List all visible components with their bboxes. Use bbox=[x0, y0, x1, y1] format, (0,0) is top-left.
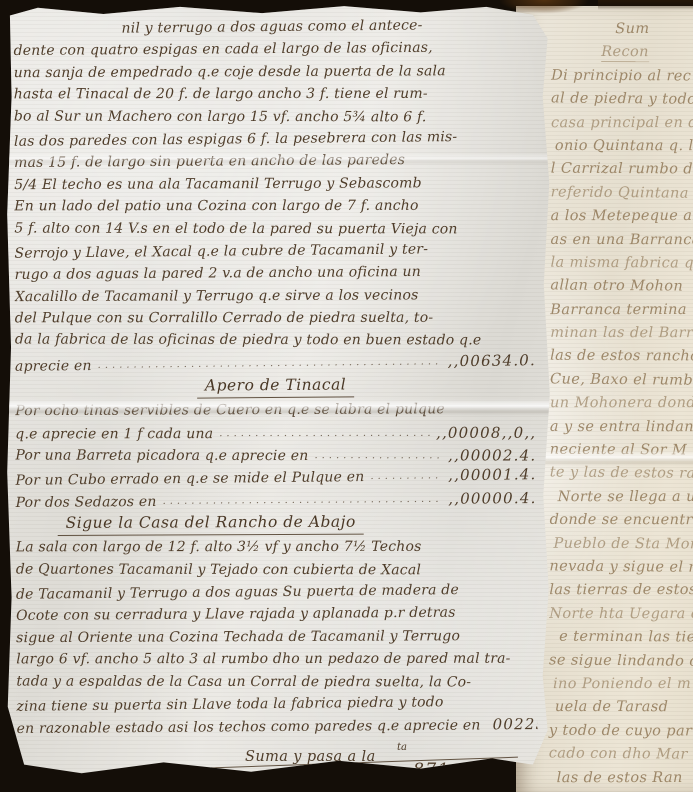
line-text: da la fabrica de las oficinas de piedra … bbox=[15, 329, 482, 352]
amount-value: ,,00000.4. bbox=[448, 487, 537, 510]
paper-crease bbox=[5, 153, 552, 165]
manuscript-fragment-line: e terminan las tier bbox=[549, 626, 692, 650]
manuscript-line: Por dos Sedazos en......................… bbox=[15, 487, 536, 513]
manuscript-fragment-line: as en una Barranca bbox=[551, 228, 693, 252]
manuscript-fragment-line: l Carrizal rumbo dir bbox=[551, 158, 693, 182]
paper-stain bbox=[598, 0, 693, 10]
fragment-text: e terminan las tier bbox=[559, 629, 693, 646]
fragment-text: Pueblo de Sta Monic bbox=[553, 535, 693, 552]
fragment-text: un Mohonera donde bbox=[550, 395, 693, 411]
fragment-text: y todo de cuyo par bbox=[549, 722, 693, 739]
section-heading: Apero de Tinacal bbox=[15, 372, 536, 401]
fragment-text: casa principal en do bbox=[551, 114, 693, 130]
line-text: tada y a espaldas de la Casa un Corral d… bbox=[16, 670, 471, 693]
dot-leader: ........................................… bbox=[219, 422, 430, 444]
dot-leader: ........................................… bbox=[162, 489, 442, 514]
manuscript-line: bo al Sur un Machero con largo 15 vf. an… bbox=[14, 105, 535, 128]
paper-crease bbox=[5, 399, 552, 416]
fragment-text: las de estos Ran bbox=[557, 769, 683, 785]
line-text: nil y terrugo a dos aguas como el antece… bbox=[121, 14, 422, 40]
fragment-text: onio Quintana q. lo bbox=[555, 138, 693, 154]
manuscript-line: del Pulque con su Corralillo Cerrado de … bbox=[15, 307, 536, 330]
manuscript-line: Ocote con su cerradura y Llave rajada y … bbox=[16, 601, 537, 627]
fragment-text: al de piedra y todo re bbox=[551, 91, 693, 108]
fragment-text: ino Poniendo el m bbox=[553, 676, 691, 692]
manuscript-fragment-line: onio Quintana q. lo bbox=[551, 135, 693, 159]
fragment-text: Norte hta Uegara o bbox=[549, 606, 693, 622]
manuscript-fragment-line: un Mohonera donde bbox=[550, 392, 693, 416]
line-text: Xacalillo de Tacamanil y Terrugo q.e sir… bbox=[15, 284, 419, 308]
manuscript-fragment-line: Cue, Baxo el rumb bbox=[550, 368, 693, 393]
left-page: nil y terrugo a dos aguas como el antece… bbox=[5, 3, 552, 785]
line-text: Por dos Sedazos en bbox=[15, 491, 156, 513]
carry-total: 871,,4,, bbox=[413, 760, 490, 780]
dot-leader: ........................................… bbox=[370, 466, 442, 489]
fragment-text: nevada y sigue el r bbox=[549, 558, 693, 575]
line-text: aprecie en bbox=[15, 355, 92, 377]
line-text: En un lado del patio una Cozina con larg… bbox=[14, 195, 418, 218]
line-text: del Pulque con su Corralillo Cerrado de … bbox=[15, 307, 434, 330]
fragment-text: las de estos ranchos a l bbox=[550, 348, 693, 365]
fragment-text: te y las de estos ranch bbox=[550, 465, 693, 483]
line-text: largo 6 vf. ancho 5 alto 3 al rumbo dho … bbox=[16, 648, 510, 671]
manuscript-line: largo 6 vf. ancho 5 alto 3 al rumbo dho … bbox=[16, 648, 537, 671]
carry-superscript: ta bbox=[397, 742, 407, 753]
fragment-text: referido Quintana q. l bbox=[551, 184, 693, 201]
manuscript-fragment-line: Norte hta Uegara o bbox=[549, 603, 692, 627]
fragment-text: minan las del Barr bbox=[550, 325, 693, 341]
carry-forward-footer: Suma y pasa a la ta 871,,4,, bbox=[5, 740, 552, 785]
manuscript-fragment-line: Pueblo de Sta Monic bbox=[549, 532, 692, 556]
manuscript-fragment-line: referido Quintana q. l bbox=[551, 181, 693, 206]
amount-value: ,,00008,,0,, bbox=[436, 421, 536, 444]
line-text: rugo a dos aguas la pared 2 v.a de ancho… bbox=[15, 261, 422, 286]
manuscript-line: En un lado del patio una Cozina con larg… bbox=[14, 195, 535, 218]
manuscript-line: q.e aprecie en 1 f cada una.............… bbox=[15, 421, 536, 444]
line-text: La sala con largo de 12 f. alto 3½ vf y … bbox=[16, 536, 422, 559]
manuscript-line: da la fabrica de las oficinas de piedra … bbox=[15, 329, 536, 352]
fragment-text: Barranca termina bbox=[550, 302, 687, 318]
manuscript-fragment-line: donde se encuentra e bbox=[550, 509, 693, 533]
line-text: de Quartones Tacamanil y Tejado con cubi… bbox=[16, 558, 421, 581]
line-text: dente con quatro espigas en cada el larg… bbox=[14, 37, 433, 63]
manuscript-line: rugo a dos aguas la pared 2 v.a de ancho… bbox=[15, 260, 536, 286]
line-text: Por una Barreta picadora q.e aprecie en bbox=[15, 445, 308, 467]
manuscript-fragment-line: se sigue lindando co bbox=[549, 649, 692, 674]
fragment-text: allan otro Mohon bbox=[550, 278, 683, 295]
manuscript-line: 5 f. alto con 14 V.s en el todo de la pa… bbox=[14, 217, 535, 240]
section-heading-text: Sigue la Casa del Rancho de Abajo bbox=[58, 511, 364, 536]
manuscript-line: Xacalillo de Tacamanil y Terrugo q.e sir… bbox=[15, 284, 536, 309]
manuscript-fragment-line: minan las del Barr bbox=[550, 322, 693, 346]
line-text: 5 f. alto con 14 V.s en el todo de la pa… bbox=[14, 217, 457, 240]
manuscript-fragment-line: las tierras de estos ran bbox=[549, 579, 692, 603]
amount-value: ,,00001.4. bbox=[448, 464, 537, 487]
fragment-text: l Carrizal rumbo dir bbox=[551, 161, 693, 178]
manuscript-line: tada y a espaldas de la Casa un Corral d… bbox=[16, 670, 537, 693]
fragment-text: donde se encuentra e bbox=[550, 512, 693, 528]
manuscript-fragment-line: Recon bbox=[551, 41, 693, 65]
line-text: sigue al Oriente una Cozina Techada de T… bbox=[16, 625, 460, 649]
manuscript-fragment-line: la misma fabrica q. bbox=[550, 252, 693, 276]
manuscript-line: de Quartones Tacamanil y Tejado con cubi… bbox=[16, 558, 537, 581]
manuscript-fragment-line: casa principal en do bbox=[551, 111, 693, 135]
manuscript-fragment-line: nevada y sigue el r bbox=[549, 555, 692, 580]
manuscript-fragment-line: Norte se llega a un bbox=[550, 486, 693, 510]
manuscript-fragment-line: y todo de cuyo par bbox=[549, 719, 692, 743]
manuscript-fragment-line: al de piedra y todo re bbox=[551, 88, 693, 113]
fragment-text: Cue, Baxo el rumb bbox=[550, 371, 693, 388]
manuscript-line: dente con quatro espigas en cada el larg… bbox=[14, 36, 535, 62]
fragment-text: Recon bbox=[601, 44, 649, 62]
amount-value: 00225,,0,, bbox=[492, 713, 537, 736]
manuscript-line: 5/4 El techo es una ala Tacamanil Terrug… bbox=[14, 172, 535, 197]
fragment-text: as en una Barranca bbox=[551, 231, 693, 247]
manuscript-fragment-line: a los Metepeque al t bbox=[551, 205, 693, 229]
fragment-text: a los Metepeque al t bbox=[551, 208, 693, 224]
fragment-text: uela de Tarasd bbox=[555, 699, 668, 715]
amount-value: ,,00634.0. bbox=[447, 349, 536, 372]
manuscript-fragment-line: Di principio al rec bbox=[551, 64, 693, 88]
fragment-text: neciente al Sor M bbox=[550, 442, 687, 459]
line-text: en razonable estado asi los techos como … bbox=[16, 715, 480, 740]
manuscript-fragment-line: Barranca termina bbox=[550, 299, 693, 323]
fragment-text: Di principio al rec bbox=[551, 67, 691, 84]
section-heading-text: Apero de Tinacal bbox=[197, 374, 355, 399]
manuscript-line: La sala con largo de 12 f. alto 3½ vf y … bbox=[16, 536, 537, 559]
manuscript-fragment-line: neciente al Sor M bbox=[550, 439, 693, 463]
fragment-text: la misma fabrica q. bbox=[550, 255, 693, 272]
fragment-text: Sum bbox=[615, 21, 649, 37]
line-text: Ocote con su cerradura y Llave rajada y … bbox=[16, 602, 456, 628]
paper-stain bbox=[496, 0, 592, 18]
manuscript-fragment-line: a y se entra lindand bbox=[550, 416, 693, 440]
line-text: 5/4 El techo es una ala Tacamanil Terrug… bbox=[14, 172, 422, 196]
left-page-text: nil y terrugo a dos aguas como el antece… bbox=[5, 3, 552, 739]
fragment-text: las tierras de estos ran bbox=[549, 582, 693, 598]
line-text: una sanja de empedrado q.e coje desde la… bbox=[14, 60, 446, 84]
fragment-text: Norte se llega a un bbox=[558, 489, 693, 505]
manuscript-fragment-line: cado con dho Mar bbox=[549, 743, 692, 768]
manuscript-fragment-line: allan otro Mohon bbox=[550, 275, 693, 300]
section-heading: Sigue la Casa del Rancho de Abajo bbox=[16, 510, 537, 537]
manuscript-fragment-line: Sum bbox=[551, 18, 693, 42]
fragment-text: cado con dho Mar bbox=[549, 746, 688, 763]
manuscript-line: una sanja de empedrado q.e coje desde la… bbox=[14, 60, 535, 85]
manuscript-line: en razonable estado asi los techos como … bbox=[16, 713, 537, 739]
manuscript-fragment-line: las de estos ranchos a l bbox=[550, 345, 693, 369]
manuscript-fragment-line: las de estos Ran bbox=[549, 766, 692, 790]
fragment-text: a y se entra lindand bbox=[550, 419, 693, 435]
fragment-text: se sigue lindando co bbox=[549, 652, 693, 669]
manuscript-line: sigue al Oriente una Cozina Techada de T… bbox=[16, 625, 537, 650]
line-text: q.e aprecie en 1 f cada una bbox=[15, 423, 213, 445]
photo-background: SumReconDi principio al recal de piedra … bbox=[0, 0, 693, 792]
manuscript-fragment-line: ino Poniendo el m bbox=[549, 673, 692, 697]
manuscript-line: hasta el Tinacal de 20 f. de largo ancho… bbox=[14, 83, 535, 106]
manuscript-fragment-line: uela de Tarasd bbox=[549, 696, 692, 720]
line-text: hasta el Tinacal de 20 f. de largo ancho… bbox=[14, 83, 428, 106]
manuscript-fragment-line: te y las de estos ranch bbox=[550, 462, 693, 487]
line-text: bo al Sur un Machero con largo 15 vf. an… bbox=[14, 105, 427, 128]
